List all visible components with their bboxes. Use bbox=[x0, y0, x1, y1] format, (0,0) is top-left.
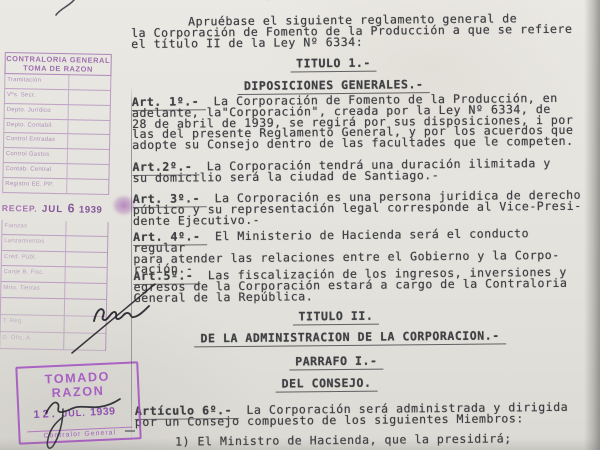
article-1: Art. 1º.- La Corporación de Fomento de l… bbox=[132, 93, 582, 151]
typed-line: su domicilio será la ciudad de Santiago.… bbox=[132, 168, 582, 183]
article-6: Artículo 6º.- La Corporación será admini… bbox=[135, 402, 585, 429]
heading-parrafo-1: PARRAFO I.- bbox=[134, 354, 538, 369]
page-edge-shadow-bottom bbox=[0, 438, 600, 450]
heading-titulo-1: TITULO 1.- bbox=[131, 56, 535, 71]
tomado-razon-date: 12. JUL. 1939 bbox=[19, 400, 139, 423]
heading-text: PARRAFO I.- bbox=[289, 354, 383, 371]
stamp-row-label: Control Entradas bbox=[6, 136, 55, 143]
stamp-row-label: T. Reg. bbox=[3, 318, 24, 324]
heading-administracion: DE LA ADMINISTRACION DE LA CORPORACION.- bbox=[148, 330, 552, 345]
article-5: Art.5º.- Las fiscalización de los ingres… bbox=[133, 267, 583, 304]
heading-text: TITULO 1.- bbox=[290, 56, 377, 73]
article-2: Art.2º.- La Corporación tendrá una durac… bbox=[132, 158, 582, 184]
margin-tick bbox=[125, 430, 135, 432]
heading-text: DEL CONSEJO. bbox=[276, 376, 378, 393]
tomado-razon-title: TOMADO RAZON bbox=[18, 368, 138, 401]
pen-stroke bbox=[56, 0, 74, 15]
recep-month: JUL bbox=[42, 203, 63, 214]
stamp-row-label: Lanzamientos bbox=[4, 238, 44, 245]
toma-de-razon-stamp: CONTRALORIA GENERAL TOMA DE RAZON Tramit… bbox=[0, 52, 112, 351]
decree-title: D E C R E T O : bbox=[191, 0, 511, 3]
stamp-table-2: Fianzas Lanzamientos Créd. Públ. Canje B… bbox=[0, 220, 108, 300]
margin-crease-line bbox=[131, 86, 132, 442]
recep-day: 6 bbox=[67, 201, 74, 215]
ink-smudge bbox=[108, 191, 141, 220]
stamp-row-label: D. Ofic. A. bbox=[2, 335, 32, 342]
typed-line: para atender las relaciones entre el Gob… bbox=[133, 249, 583, 264]
page-edge-shadow-right bbox=[584, 0, 600, 450]
stamp-row: T. Reg. bbox=[0, 315, 105, 334]
stamp-row-label: Contab. Central bbox=[6, 166, 52, 173]
heading-text: TITULO II. bbox=[292, 309, 379, 326]
stamp-table: Tramitación Vºs. Secr. Depto. Jurídico D… bbox=[2, 74, 111, 194]
scanned-decree-page: { "colors": { "paper": "#e6e4df", "typew… bbox=[0, 0, 600, 450]
stamp-table-3: T. Reg. D. Ofic. A. bbox=[0, 297, 107, 350]
stamp-row-label: Canje B. Fisc. bbox=[4, 269, 45, 276]
date-year: 1939 bbox=[90, 405, 116, 418]
article-3: Art. 3º.- La Corporación es una persona … bbox=[133, 190, 583, 227]
stamp-row: D. Ofic. A. bbox=[0, 331, 105, 350]
intro-paragraph: Apruébase el siguiente reglamento genera… bbox=[131, 13, 581, 50]
stamp-row-label: Vºs. Secr. bbox=[7, 92, 36, 99]
typed-line: adopte su Consejo dentro de las facultad… bbox=[132, 136, 582, 151]
stamp-header: CONTRALORIA GENERAL TOMA DE RAZON bbox=[4, 52, 111, 76]
recep-label: RECEP. bbox=[2, 203, 38, 214]
recep-year: 1939 bbox=[79, 204, 103, 215]
stamp-row-label: Tramitación bbox=[7, 77, 41, 84]
stamp-row-label: Créd. Públ. bbox=[4, 254, 37, 261]
stamp-row-label: Depto. Jurídico bbox=[7, 107, 51, 114]
date-month: JUL. bbox=[62, 408, 86, 419]
stamp-row-label: Control Gastos bbox=[6, 151, 50, 158]
heading-del-consejo: DEL CONSEJO. bbox=[124, 376, 528, 391]
stamp-row bbox=[1, 298, 106, 317]
heading-text: DE LA ADMINISTRACION DE LA CORPORACION.- bbox=[194, 328, 505, 347]
heading-disposiciones: DIPOSICIONES GENERALES.- bbox=[132, 78, 536, 93]
stamp-row-label: Registro EE. PP. bbox=[5, 181, 53, 188]
typed-document: D E C R E T O : Apruébase el siguiente r… bbox=[131, 0, 585, 450]
heading-titulo-2: TITULO II. bbox=[134, 309, 538, 324]
typed-line: el título II de la Ley Nº 6334: bbox=[131, 34, 581, 49]
typed-line: por un Consejo compuesto de los siguient… bbox=[135, 413, 585, 429]
stamp-row-label: Depto. Contabil. bbox=[6, 122, 53, 129]
date-day: 12. bbox=[33, 408, 58, 421]
stamp-row-label: Mrio. Tierras bbox=[3, 285, 40, 292]
stamp-row-label: Fianzas bbox=[4, 223, 27, 229]
reception-date-stamp: RECEP. JUL 6 1939 bbox=[2, 193, 109, 222]
tomado-razon-stamp: TOMADO RAZON 12. JUL. 1939 Contralor Gen… bbox=[15, 361, 141, 444]
